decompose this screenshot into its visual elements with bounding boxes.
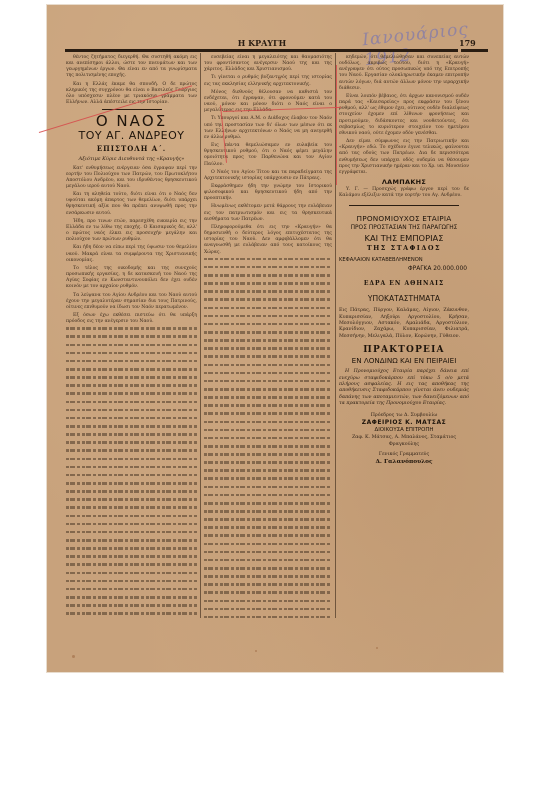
illegible-text-line [204,396,332,402]
illegible-text-line [204,469,332,475]
illegible-text-line [66,360,197,366]
illegible-text-line [204,307,332,313]
illegible-text-line [204,461,332,467]
illegible-text-line [66,490,197,496]
ad-agencies-text: Η Προνομιούχος Εταιρία παρέχει δάνεια επ… [339,369,469,407]
paragraph: Πληροφορούμεθα ότι εις την «Κραυγήν» θα … [204,225,332,256]
illegible-text-line [66,327,197,333]
ad-capital-label: ΚΕΦΑΛΑΙΟΝ ΚΑΤΑΒΕΒΛΗΜΕΝΟΝ [339,256,469,265]
newspaper-page: Ιανουάριος 1912 Η ΚΡΑΥΓΗ 179 θέντος ζητή… [47,5,503,672]
paragraph: Ηνωμένως εκθέτομεν μετά θάρρους την ευλά… [204,204,332,222]
illegible-text-line [66,433,197,439]
illegible-text-line [204,355,332,361]
postscript: Υ. Γ. — Προσεχώς γράφω έργον περί του δε… [339,187,469,199]
ad-secretary-name: Δ. Γαλανόπουλος [339,458,469,466]
illegible-text-line [66,352,197,358]
ad-branches-heading: ΥΠΟΚΑΤΑΣΤΗΜΑΤΑ [339,294,469,304]
illegible-text-line [66,539,197,545]
text-lines [204,258,332,622]
advertisement: ΠΡΟΝΟΜΙΟΥΧΟΣ ΕΤΑΙΡΙΑ ΠΡΟΣ ΠΡΟΣΤΑΣΙΑΝ ΤΗΣ… [339,214,469,465]
ad-agencies-heading: ΠΡΑΚΤΟΡΕΙΑ [339,345,469,356]
ad-company-name: ΠΡΟΝΟΜΙΟΥΧΟΣ ΕΤΑΙΡΙΑ [339,214,469,224]
illegible-text-line [204,364,332,370]
salutation: Αξιότιμε Κύριε Διευθυντά της «Κραυγής» [66,156,197,162]
illegible-text-line [204,380,332,386]
paragraph: θέντος ζητήματος διεγερθή. Θα συστηθή ακ… [66,55,197,80]
illegible-text-line [204,421,332,427]
illegible-text-line [66,425,197,431]
illegible-text-line [66,417,197,423]
illegible-text-line [204,567,332,573]
illegible-text-line [204,510,332,516]
paragraph: Τι γίνεται ο ρυθμός βυζαντινός περί της … [204,75,332,87]
stain [376,647,378,649]
ad-president-name: ΖΑΦΕΙΡΙΟΣ Κ. ΜΑΤΣΑΣ [339,419,469,427]
illegible-text-line [204,274,332,280]
red-pencil-mark [336,65,337,185]
illegible-text-line [204,388,332,394]
illegible-text-line [204,372,332,378]
ad-branches-list: Εις Πάτρας, Πύργον, Καλάμας, Αίγιον, Ζάκ… [339,308,469,340]
illegible-text-line [204,534,332,540]
illegible-text-line [204,600,332,606]
illegible-text-line [204,559,332,565]
illegible-text-line [66,344,197,350]
illegible-text-line [204,290,332,296]
illegible-text-line [204,429,332,435]
illegible-text-line [66,392,197,398]
illegible-text-line [204,323,332,329]
illegible-text-line [66,335,197,341]
illegible-text-line [204,258,332,264]
ad-board-members: Ζαφ. Κ. Μάτσας, Α. Μπαλάνος, Σταμάτιος Φ… [339,434,469,448]
illegible-text-line [204,477,332,483]
header-rule [65,49,458,52]
illegible-text-line [204,331,332,337]
illegible-text-line [66,547,197,553]
paragraph: Και τη αληθεία τούτο, διότι είναι ότι ο … [66,192,197,217]
illegible-text-line [204,412,332,418]
illegible-text-line [66,482,197,488]
illegible-text-line [204,502,332,508]
illegible-text-line [66,449,197,455]
illegible-text-line [204,583,332,589]
illegible-text-line [66,515,197,521]
column-1: θέντος ζητήματος διεγερθή. Θα συστηθή ακ… [66,55,197,618]
illegible-text-line [204,543,332,549]
stain [255,650,257,652]
ad-secretary-label: Γενικός Γραμματεύς [339,451,469,458]
illegible-text-line [204,404,332,410]
paragraph: Δεν είμαι σύμφωνος εις την Πατριωτικήν κ… [339,139,469,176]
text-lines [66,327,197,618]
illegible-text-line [66,376,197,382]
ad-board-heading: ΔΙΟΙΚΟΥΣΑ ΕΠΙΤΡΟΠΗ [339,427,469,434]
illegible-text-line [204,266,332,272]
article-subtitle: ΕΠΙΣΤΟΛΗ Α΄. [66,144,197,154]
illegible-text-line [204,518,332,524]
paragraph: Και ήδη δέον να είπω περί της ύψωσιν του… [66,245,197,263]
illegible-text-line [66,555,197,561]
illegible-text-line [204,282,332,288]
illegible-text-line [204,486,332,492]
illegible-text-line [66,401,197,407]
header-rule-right [461,49,488,52]
illegible-text-line [66,596,197,602]
illegible-text-line [204,298,332,304]
article-title: Ο ΝΑΟΣ [66,113,197,129]
section-rule [349,205,459,206]
paragraph: κηδεμών, ότι θεμελιώθησαν και συνεπείας … [339,55,469,92]
illegible-text-line [204,591,332,597]
illegible-text-line [66,563,197,569]
newspaper-name: Η ΚΡΑΥΓΗ [66,38,458,48]
ad-company-product: ΤΗΣ ΣΤΑΦΙΔΟΣ [339,244,469,253]
ad-agencies-locations: ΕΝ ΛΟΝΔΙΝΩ ΚΑΙ ΕΝ ΠΕΙΡΑΙΕΙ [339,356,469,366]
illegible-text-line [204,551,332,557]
illegible-text-line [204,526,332,532]
illegible-text-line [204,445,332,451]
illegible-text-line [66,498,197,504]
column-3: κηδεμών, ότι θεμελιώθησαν και συνεπείας … [339,55,469,466]
paragraph: Τα λείψανα του Αγίου Ανδρέου και του Ναο… [66,293,197,311]
illegible-text-line [204,575,332,581]
illegible-text-line [66,368,197,374]
article-title-line2: ΤΟΥ ΑΓ. ΑΝΔΡΕΟΥ [66,129,197,142]
illegible-text-line [204,453,332,459]
ad-company-purpose: ΠΡΟΣ ΠΡΟΣΤΑΣΙΑΝ ΤΗΣ ΠΑΡΑΓΩΓΗΣ [339,224,469,233]
illegible-text-line [204,608,332,614]
illegible-text-line [66,384,197,390]
illegible-text-line [66,409,197,415]
illegible-text-line [66,441,197,447]
paragraph: Είναι λοιπόν βέβαιος, ότι άρχων κανονισμ… [339,94,469,137]
ad-headquarters: ΕΔΡΑ ΕΝ ΑΘΗΝΑΙΣ [339,281,469,287]
paragraph: Το τέλος της οικοδομής και της συνεχούς … [66,266,197,291]
illegible-text-line [204,616,332,622]
illegible-text-line [66,531,197,537]
page-number: 179 [459,38,476,48]
illegible-text-line [66,506,197,512]
ad-capital-amount: ΦΡΑΓΚΑ 20.000.000 [339,265,469,273]
illegible-text-line [204,494,332,500]
paragraph: Κατ' ενθυμήσεως ενέργειαν όσα έγραψαν πε… [66,166,197,191]
paragraph: Εκφράσθημεν ήδη την γνώμην του Ιστορικού… [204,184,332,202]
stain [72,655,75,658]
paragraph: Εξ όσων έχω εκθέσει πιστεύω ότι θα υπάρξ… [66,313,197,325]
illegible-text-line [66,523,197,529]
paragraph: Ο Ναός του Αγίου Τίτου και τα παραδείγμα… [204,170,332,182]
illegible-text-line [66,474,197,480]
illegible-text-line [66,458,197,464]
ad-company-purpose-2: ΚΑΙ ΤΗΣ ΕΜΠΟΡΙΑΣ [339,233,469,244]
illegible-text-line [204,437,332,443]
illegible-text-line [66,612,197,618]
illegible-text-line [204,315,332,321]
illegible-text-line [66,580,197,586]
signature: ΛΑΜΠΑΚΗΣ [339,179,469,185]
paragraph: ευσεβείας είναι η μεγαλειότης και θαυμασ… [204,55,332,73]
illegible-text-line [204,339,332,345]
paragraph: Εις πάντα θεμελιώσαμεν εν ευλαβεία του θ… [204,143,332,168]
ad-president-label: Πρόεδρος τω Δ. Συμβουλίω [339,412,469,419]
illegible-text-line [204,347,332,353]
illegible-text-line [66,604,197,610]
illegible-text-line [66,572,197,578]
illegible-text-line [66,588,197,594]
column-divider [200,53,201,618]
paragraph: Ήδη, προ τινων ετών, παρεσχέθη ευκαιρία … [66,219,197,244]
illegible-text-line [66,466,197,472]
